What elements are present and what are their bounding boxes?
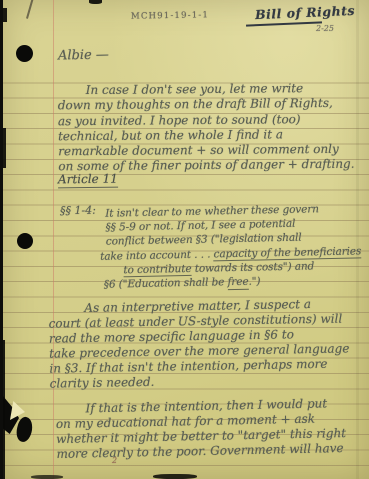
paragraph-suggestion: If that is the intention, then I would p…	[55, 396, 346, 462]
scan-edge-mark	[3, 8, 7, 22]
scan-edge-mark	[3, 340, 5, 479]
hole-punch-middle	[17, 233, 33, 249]
scan-edge-mark	[3, 128, 6, 168]
paragraph-intro: In case I don't see you, let me writedow…	[58, 81, 355, 175]
paper: MCH91-19-1-1 Bill of Rights 2-25 Albie —…	[3, 0, 369, 479]
subject-label: Bill of Rights	[255, 3, 356, 22]
article-heading: Article 11	[58, 172, 118, 189]
hole-punch-top	[16, 45, 33, 62]
page-number: 2-25	[316, 24, 334, 33]
scan-edge-mark	[89, 0, 102, 4]
greeting: Albie —	[58, 48, 109, 64]
bottom-smudge	[153, 474, 197, 479]
bottom-smudge	[31, 475, 63, 479]
handwriting-line: down my thoughts on the draft Bill of Ri…	[58, 96, 354, 114]
stray-pencil-stroke	[26, 0, 34, 19]
stray-mark: 2	[112, 456, 117, 465]
margin-line	[53, 0, 54, 479]
scanned-letter-page: MCH91-19-1-1 Bill of Rights 2-25 Albie —…	[0, 0, 369, 479]
section-reference-label: §§ 1-4:	[60, 204, 96, 218]
section-note: It isn't clear to me whether these gover…	[105, 201, 362, 292]
archive-collection-number: MCH91-19-1-1	[131, 10, 209, 21]
paragraph-interpretation: As an interpretive matter, I suspect aco…	[48, 296, 350, 391]
